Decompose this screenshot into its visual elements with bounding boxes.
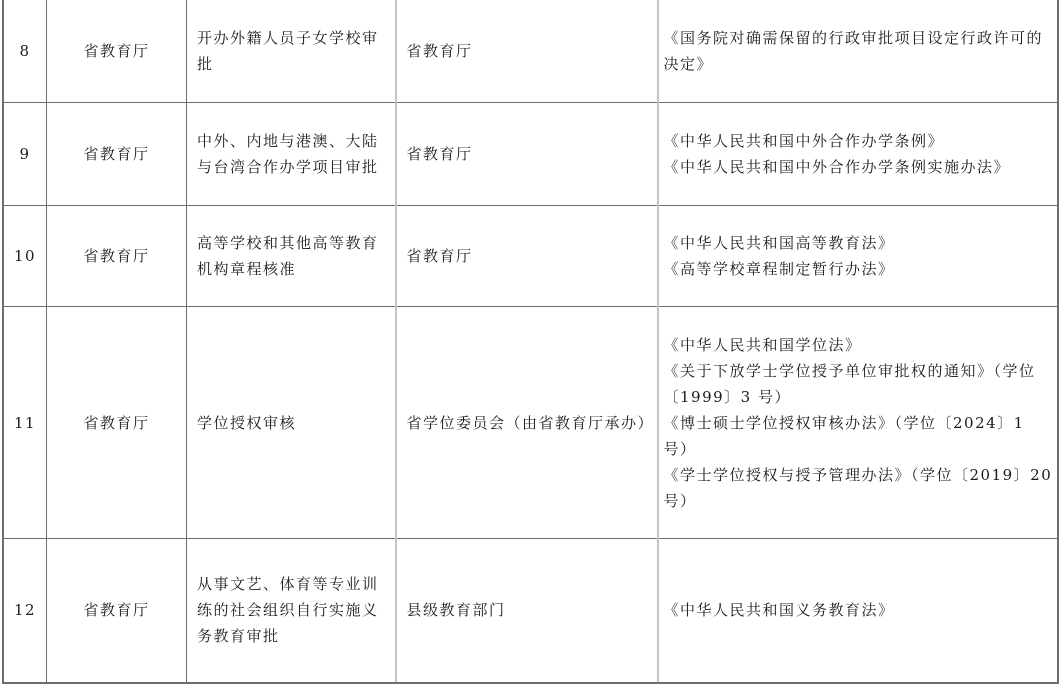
department: 省教育厅 <box>47 0 187 103</box>
approval-item: 高等学校和其他高等教育机构章程核准 <box>187 206 396 307</box>
row-number: 8 <box>3 0 47 103</box>
approval-item: 从事文艺、体育等专业训练的社会组织自行实施义务教育审批 <box>187 539 396 683</box>
implementing-body: 省教育厅 <box>396 103 658 206</box>
legal-basis-line: 《中华人民共和国中外合作办学条例》 <box>664 128 1053 154</box>
department: 省教育厅 <box>47 539 187 683</box>
implementing-body: 省教育厅 <box>396 206 658 307</box>
legal-basis-line: 《高等学校章程制定暂行办法》 <box>664 256 1053 282</box>
table-row: 12 省教育厅 从事文艺、体育等专业训练的社会组织自行实施义务教育审批 县级教育… <box>3 539 1058 683</box>
approval-items-table: 8 省教育厅 开办外籍人员子女学校审批 省教育厅 《国务院对确需保留的行政审批项… <box>2 0 1059 684</box>
table-row: 9 省教育厅 中外、内地与港澳、大陆与台湾合作办学项目审批 省教育厅 《中华人民… <box>3 103 1058 206</box>
legal-basis-line: 《中华人民共和国学位法》 <box>664 332 1053 358</box>
legal-basis-line: 《国务院对确需保留的行政审批项目设定行政许可的决定》 <box>664 25 1053 77</box>
row-number: 11 <box>3 307 47 539</box>
legal-basis: 《中华人民共和国高等教育法》 《高等学校章程制定暂行办法》 <box>658 206 1058 307</box>
implementing-body: 省教育厅 <box>396 0 658 103</box>
table-row: 8 省教育厅 开办外籍人员子女学校审批 省教育厅 《国务院对确需保留的行政审批项… <box>3 0 1058 103</box>
approval-item: 开办外籍人员子女学校审批 <box>187 0 396 103</box>
legal-basis-line: 《中华人民共和国高等教育法》 <box>664 230 1053 256</box>
legal-basis-line: 《关于下放学士学位授予单位审批权的通知》（学位〔1999〕3 号） <box>664 358 1053 410</box>
table-row: 10 省教育厅 高等学校和其他高等教育机构章程核准 省教育厅 《中华人民共和国高… <box>3 206 1058 307</box>
legal-basis-line: 《中华人民共和国中外合作办学条例实施办法》 <box>664 154 1053 180</box>
row-number: 10 <box>3 206 47 307</box>
legal-basis-line: 《中华人民共和国义务教育法》 <box>664 597 1053 623</box>
legal-basis: 《中华人民共和国中外合作办学条例》 《中华人民共和国中外合作办学条例实施办法》 <box>658 103 1058 206</box>
legal-basis: 《中华人民共和国义务教育法》 <box>658 539 1058 683</box>
row-number: 12 <box>3 539 47 683</box>
row-number: 9 <box>3 103 47 206</box>
department: 省教育厅 <box>47 307 187 539</box>
legal-basis: 《中华人民共和国学位法》 《关于下放学士学位授予单位审批权的通知》（学位〔199… <box>658 307 1058 539</box>
implementing-body: 县级教育部门 <box>396 539 658 683</box>
legal-basis-line: 《学士学位授权与授予管理办法》（学位〔2019〕20 号） <box>664 462 1053 514</box>
approval-item: 学位授权审核 <box>187 307 396 539</box>
approval-item: 中外、内地与港澳、大陆与台湾合作办学项目审批 <box>187 103 396 206</box>
department: 省教育厅 <box>47 206 187 307</box>
implementing-body: 省学位委员会（由省教育厅承办） <box>396 307 658 539</box>
department: 省教育厅 <box>47 103 187 206</box>
legal-basis-line: 《博士硕士学位授权审核办法》（学位〔2024〕1 号） <box>664 410 1053 462</box>
table-row: 11 省教育厅 学位授权审核 省学位委员会（由省教育厅承办） 《中华人民共和国学… <box>3 307 1058 539</box>
legal-basis: 《国务院对确需保留的行政审批项目设定行政许可的决定》 <box>658 0 1058 103</box>
